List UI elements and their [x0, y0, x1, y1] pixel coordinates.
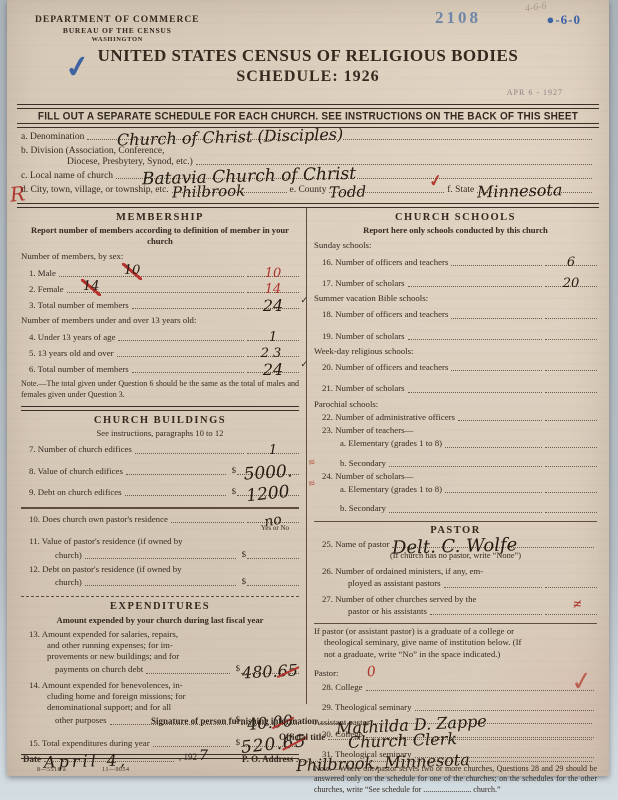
denomination-label: a. Denomination: [21, 132, 84, 142]
form-body: MEMBERSHIP Report number of members acco…: [21, 208, 597, 704]
pencil-code-annotation: 4-6-6: [525, 1, 548, 15]
q13-label-line1: 13. Amount expended for salaries, repair…: [21, 629, 299, 640]
q9-field: [125, 495, 226, 496]
form-subtitle: SCHEDULE: 1926: [7, 68, 609, 86]
q21-field: [408, 392, 542, 393]
q12-label-line1: 12. Debt on pastor's residence (if owned…: [21, 564, 299, 575]
q9-answer-value: 1200: [237, 491, 299, 497]
dollar-sign: $: [242, 549, 246, 560]
graduate-note-line1: If pastor (or assistant pastor) is a gra…: [314, 626, 597, 637]
q1-row: 1. Male 10 10: [21, 268, 299, 279]
q27-label-line2: pastor or his assistants: [322, 606, 427, 617]
buildings-subtitle: See instructions, paragraphs 10 to 12: [21, 428, 299, 439]
q13-answer: 480.65: [241, 673, 299, 674]
q18-row: 18. Number of officers and teachers: [314, 309, 597, 320]
q11-answer: [247, 558, 299, 559]
q12-field: [85, 585, 236, 586]
q16-label: 16. Number of officers and teachers: [322, 257, 448, 268]
q9-answer: 1200 ≈: [237, 495, 299, 496]
q28-label: 28. College: [322, 682, 363, 693]
q24b-answer: [545, 512, 597, 513]
po-address-field: Philbrook, Minnesota: [296, 761, 592, 762]
membership-title: MEMBERSHIP: [21, 211, 299, 224]
q24-label: 24. Number of scholars—: [314, 471, 597, 482]
q2-row: 2. Female 14 14: [21, 284, 299, 295]
q6-row: 6. Total number of members 24 ✓: [21, 364, 299, 375]
q24b-field: [389, 512, 542, 513]
q26-label-line1: 26. Number of ordained ministers, if any…: [314, 566, 597, 577]
q27-field: [430, 614, 542, 615]
parochial-schools-header: Parochial schools:: [314, 399, 597, 410]
q16-field: [451, 265, 542, 266]
q20-row: 20. Number of officers and teachers: [314, 362, 597, 373]
q23a-label: a. Elementary (grades 1 to 8): [340, 438, 442, 449]
q1-struck-value: 10: [122, 263, 143, 280]
denomination-value: Church of Christ (Disciples): [87, 135, 336, 142]
q23b-row: b. Secondary: [314, 458, 597, 469]
form-title: UNITED STATES CENSUS OF RELIGIOUS BODIES: [7, 46, 609, 66]
red-zero-mark: 0: [366, 663, 377, 682]
q20-answer: [545, 370, 597, 371]
form-numbers: 8—5518 a 11—9054: [37, 767, 163, 773]
signature-label: Signature of person furnishing informati…: [151, 716, 317, 726]
q16-answer: 6: [545, 265, 597, 266]
q13-field: [146, 673, 229, 674]
q13-row: payments on church debt $ 480.65: [21, 663, 299, 675]
q17-answer: 20: [545, 286, 597, 287]
q24a-label: a. Elementary (grades 1 to 8): [340, 484, 442, 495]
identification-section: a. Denomination Church of Christ (Discip…: [21, 128, 595, 195]
q7-label: 7. Number of church edifices: [29, 444, 132, 455]
q11-label-line2: church): [29, 550, 82, 561]
signature-section: Signature of person furnishing informati…: [23, 710, 595, 764]
q1-answer: 10: [247, 276, 299, 277]
q22-field: [458, 420, 542, 421]
q24a-answer: [545, 492, 597, 493]
q9-label: 9. Debt on church edifices: [29, 487, 122, 498]
county-label: e. County: [290, 185, 327, 195]
left-column: MEMBERSHIP Report number of members acco…: [21, 208, 299, 704]
q23b-field: [389, 466, 542, 467]
q10-row: 10. Does church own pastor's residence n…: [21, 514, 299, 525]
q25-answer-value: Delt. C. Wolfe: [392, 544, 593, 549]
q26-answer: [545, 587, 597, 588]
denomination-field-tail: [343, 139, 592, 140]
washington-line: WASHINGTON: [35, 36, 200, 44]
local-name-value: Batavia Church of Christ: [116, 174, 351, 180]
q18-answer: [545, 318, 597, 319]
local-name-label: c. Local name of church: [21, 171, 113, 181]
q8-row: 8. Value of church edifices $ 5000. ≈: [21, 465, 299, 477]
q13-label-line4: payments on church debt: [29, 664, 143, 675]
local-name-row: c. Local name of church Batavia Church o…: [21, 171, 595, 181]
q9-row: 9. Debt on church edifices $ 1200 ≈: [21, 486, 299, 498]
q25-label: 25. Name of pastor: [322, 539, 389, 550]
date-value: April 4,: [44, 759, 174, 762]
q3-label: 3. Total number of members: [29, 300, 129, 311]
q14-label-line2: cluding home and foreign missions; for: [21, 691, 299, 702]
q21-row: 21. Number of scholars: [314, 383, 597, 394]
q10-answer-value: no: [247, 517, 298, 526]
q12-answer: [247, 585, 299, 586]
q23-label: 23. Number of teachers—: [314, 425, 597, 436]
q26-row: ployed as assistant pastors: [314, 578, 597, 589]
dollar-sign: $: [232, 486, 236, 497]
graduate-note-line3: not a graduate, write “No” in the space …: [314, 649, 597, 660]
department-line: DEPARTMENT OF COMMERCE: [35, 14, 200, 26]
dollar-sign: $: [232, 465, 236, 476]
form-number-2: 11—9054: [102, 767, 129, 773]
q16-row: 16. Number of officers and teachers 6: [314, 257, 597, 268]
state-label: f. State: [447, 185, 474, 195]
signature-value: Mathilda D. Zappe: [320, 716, 592, 730]
division-field: [196, 164, 592, 165]
section-rule: [314, 623, 597, 624]
schools-title: CHURCH SCHOOLS: [314, 211, 597, 224]
q2-struck-value: 14: [81, 279, 102, 296]
q22-label: 22. Number of administrative officers: [322, 412, 455, 423]
q6-label: 6. Total number of members: [29, 364, 129, 375]
q2-answer: 14: [247, 292, 299, 293]
q8-label: 8. Value of church edifices: [29, 466, 123, 477]
q7-answer: 1: [247, 453, 299, 454]
schools-subtitle: Report here only schools conducted by th…: [320, 225, 591, 236]
q2-field: 14: [67, 292, 244, 293]
q4-row: 4. Under 13 years of age 1: [21, 332, 299, 343]
section-rule: [314, 521, 597, 522]
q8-answer: 5000. ≈: [237, 474, 299, 475]
official-title-label: Official title: [279, 732, 325, 742]
bureau-line: BUREAU OF THE CENSUS: [35, 26, 200, 36]
section-rule: [21, 596, 299, 597]
q22-row: 22. Number of administrative officers: [314, 412, 597, 423]
q1-label: 1. Male: [29, 268, 56, 279]
city-value: Philbrook: [172, 189, 287, 192]
q6-answer: 24 ✓: [247, 372, 299, 373]
q26-label-line2: ployed as assistant pastors: [322, 578, 441, 589]
local-name-field-tail: [357, 178, 592, 179]
q24b-row: b. Secondary: [314, 503, 597, 514]
q23a-field: [445, 447, 542, 448]
q20-field: [451, 370, 542, 371]
po-address-label: P. O. Address: [242, 754, 294, 764]
expenditures-subtitle: Amount expended by your church during la…: [27, 615, 293, 626]
q23a-answer: [545, 447, 597, 448]
q5-answer: 23: [247, 356, 299, 357]
q5-label: 5. 13 years old and over: [29, 348, 114, 359]
q22-answer: [545, 420, 597, 421]
weekday-schools-header: Week-day religious schools:: [314, 346, 597, 357]
pastor-header: Pastor: 0: [314, 664, 597, 682]
agency-block: DEPARTMENT OF COMMERCE BUREAU OF THE CEN…: [35, 14, 200, 45]
red-crossed-mark-icon: ≠: [571, 595, 582, 615]
q27-answer: ≠: [545, 614, 597, 615]
q8-answer-value: 5000.: [237, 471, 299, 475]
q19-answer: [545, 339, 597, 340]
q25-row: 25. Name of pastor Delt. C. Wolfe: [314, 539, 597, 550]
tick-mark-icon: ✓: [300, 295, 308, 307]
division-label-2: Diocese, Presbytery, Synod, etc.): [21, 157, 193, 167]
q27-label-line1: 27. Number of other churches served by t…: [314, 594, 597, 605]
q3-answer: 24 ✓: [247, 308, 299, 309]
q10-field: [171, 522, 244, 523]
dollar-sign: $: [236, 663, 240, 674]
denomination-row: a. Denomination Church of Christ (Discip…: [21, 132, 595, 142]
q17-field: [408, 286, 542, 287]
q26-field: [444, 587, 542, 588]
q5-field: [117, 356, 244, 357]
q4-answer: 1: [247, 340, 299, 341]
q3-row: 3. Total number of members 24 ✓: [21, 300, 299, 311]
q13-label-line2: and other running expenses; for im-: [21, 640, 299, 651]
date-address-row: Date April 4, , 192 7 P. O. Address Phil…: [23, 748, 595, 764]
received-date-stamp: APR 6 - 1927: [507, 88, 563, 97]
q8-field: [126, 474, 226, 475]
banner-text: FILL OUT A SEPARATE SCHEDULE FOR EACH CH…: [17, 108, 599, 123]
state-value: Minnesota: [477, 189, 592, 192]
q10-answer: no: [247, 522, 299, 523]
expenditures-title: EXPENDITURES: [21, 600, 299, 613]
q24a-field: [445, 492, 542, 493]
q13-dollars: 480.: [242, 661, 279, 682]
denomination-field: Church of Christ (Disciples): [87, 139, 336, 140]
buildings-title: CHURCH BUILDINGS: [21, 414, 299, 427]
serial-number-stamp: 2108: [435, 8, 481, 28]
q24b-label: b. Secondary: [340, 503, 386, 514]
county-value: Todd: [329, 189, 444, 192]
q19-label: 19. Number of scholars: [322, 331, 405, 342]
q17-label: 17. Number of scholars: [322, 278, 405, 289]
q21-answer: [545, 392, 597, 393]
q18-label: 18. Number of officers and teachers: [322, 309, 448, 320]
q7-row: 7. Number of church edifices 1: [21, 444, 299, 455]
q1-field: 10: [59, 276, 244, 277]
q6-field: [132, 372, 244, 373]
q5-row: 5. 13 years old and over 23: [21, 348, 299, 359]
city-label: d. City, town, village, or township, etc…: [21, 185, 169, 195]
city-county-state-row: ✓ d. City, town, village, or township, e…: [21, 185, 595, 195]
form-number-1: 8—5518 a: [37, 767, 66, 773]
tick-mark-icon: ✓: [300, 359, 308, 371]
q27-row: pastor or his assistants ≠: [314, 606, 597, 617]
q17-row: 17. Number of scholars 20: [314, 278, 597, 289]
q2-label: 2. Female: [29, 284, 64, 295]
yes-or-no-hint: Yes or No: [21, 524, 299, 533]
county-field: Todd: [329, 192, 444, 193]
census-schedule-form: DEPARTMENT OF COMMERCE BUREAU OF THE CEN…: [7, 0, 609, 776]
q21-label: 21. Number of scholars: [322, 383, 405, 394]
printed-year-prefix: , 192: [179, 752, 197, 762]
q13-label-line3: provements or new buildings; and for: [21, 651, 299, 662]
q20-label: 20. Number of officers and teachers: [322, 362, 448, 373]
q11-row: church) $: [21, 549, 299, 561]
signature-row: Signature of person furnishing informati…: [23, 716, 595, 726]
q12-label-line2: church): [29, 577, 82, 588]
graduate-note-line2: theological seminary, give name of insti…: [314, 637, 597, 648]
local-name-field: Batavia Church of Christ: [116, 178, 351, 179]
section-rule: [21, 406, 299, 411]
date-field: April 4,: [44, 761, 174, 762]
instruction-banner: FILL OUT A SEPARATE SCHEDULE FOR EACH CH…: [17, 104, 599, 128]
city-field: Philbrook: [172, 192, 287, 193]
q19-field: [408, 339, 542, 340]
official-title-field: Church Clerk: [328, 739, 592, 740]
q3-field: [132, 308, 244, 309]
division-row-line1: b. Division (Association, Conference,: [21, 146, 595, 156]
membership-subtitle: Report number of members according to de…: [27, 225, 293, 247]
q23b-label: b. Secondary: [340, 458, 386, 469]
q23b-answer: [545, 466, 597, 467]
blue-code-annotation: ●-6-0: [546, 12, 581, 28]
q24a-row: a. Elementary (grades 1 to 8): [314, 484, 597, 495]
q4-field: [118, 340, 244, 341]
date-label: Date: [23, 754, 41, 764]
section-rule: [21, 507, 299, 509]
q12-row: church) $: [21, 576, 299, 588]
year-digit-value: 7: [199, 748, 208, 764]
q4-label: 4. Under 13 years of age: [29, 332, 115, 343]
q13-answer-value: 480.65: [241, 670, 299, 673]
official-title-row: Official title Church Clerk: [23, 732, 595, 742]
summer-schools-header: Summer vacation Bible schools:: [314, 293, 597, 304]
age-header: Number of members under and over 13 year…: [21, 315, 299, 326]
q28-field: [366, 690, 594, 691]
state-field: Minnesota: [477, 192, 592, 193]
official-title-value: Church Clerk: [328, 734, 592, 743]
pastor-header-label: Pastor:: [314, 668, 338, 678]
by-sex-header: Number of members, by sex:: [21, 251, 299, 262]
q11-field: [85, 558, 236, 559]
q11-label-line1: 11. Value of pastor's residence (if owne…: [21, 536, 299, 547]
q18-field: [451, 318, 542, 319]
q7-field: [135, 453, 244, 454]
q25-field: Delt. C. Wolfe: [392, 547, 594, 548]
membership-note: Note.—The total given under Question 6 s…: [21, 379, 299, 399]
q13-cents: 65: [278, 670, 298, 671]
dollar-sign: $: [242, 576, 246, 587]
signature-field: Mathilda D. Zappe: [320, 723, 592, 724]
q28-row: 28. College: [314, 682, 597, 693]
sunday-schools-header: Sunday schools:: [314, 240, 597, 251]
q10-label: 10. Does church own pastor's residence: [29, 514, 168, 525]
q19-row: 19. Number of scholars: [314, 331, 597, 342]
q23a-row: a. Elementary (grades 1 to 8): [314, 438, 597, 449]
division-label-1: b. Division (Association, Conference,: [21, 146, 165, 156]
right-column: CHURCH SCHOOLS Report here only schools …: [314, 208, 597, 704]
